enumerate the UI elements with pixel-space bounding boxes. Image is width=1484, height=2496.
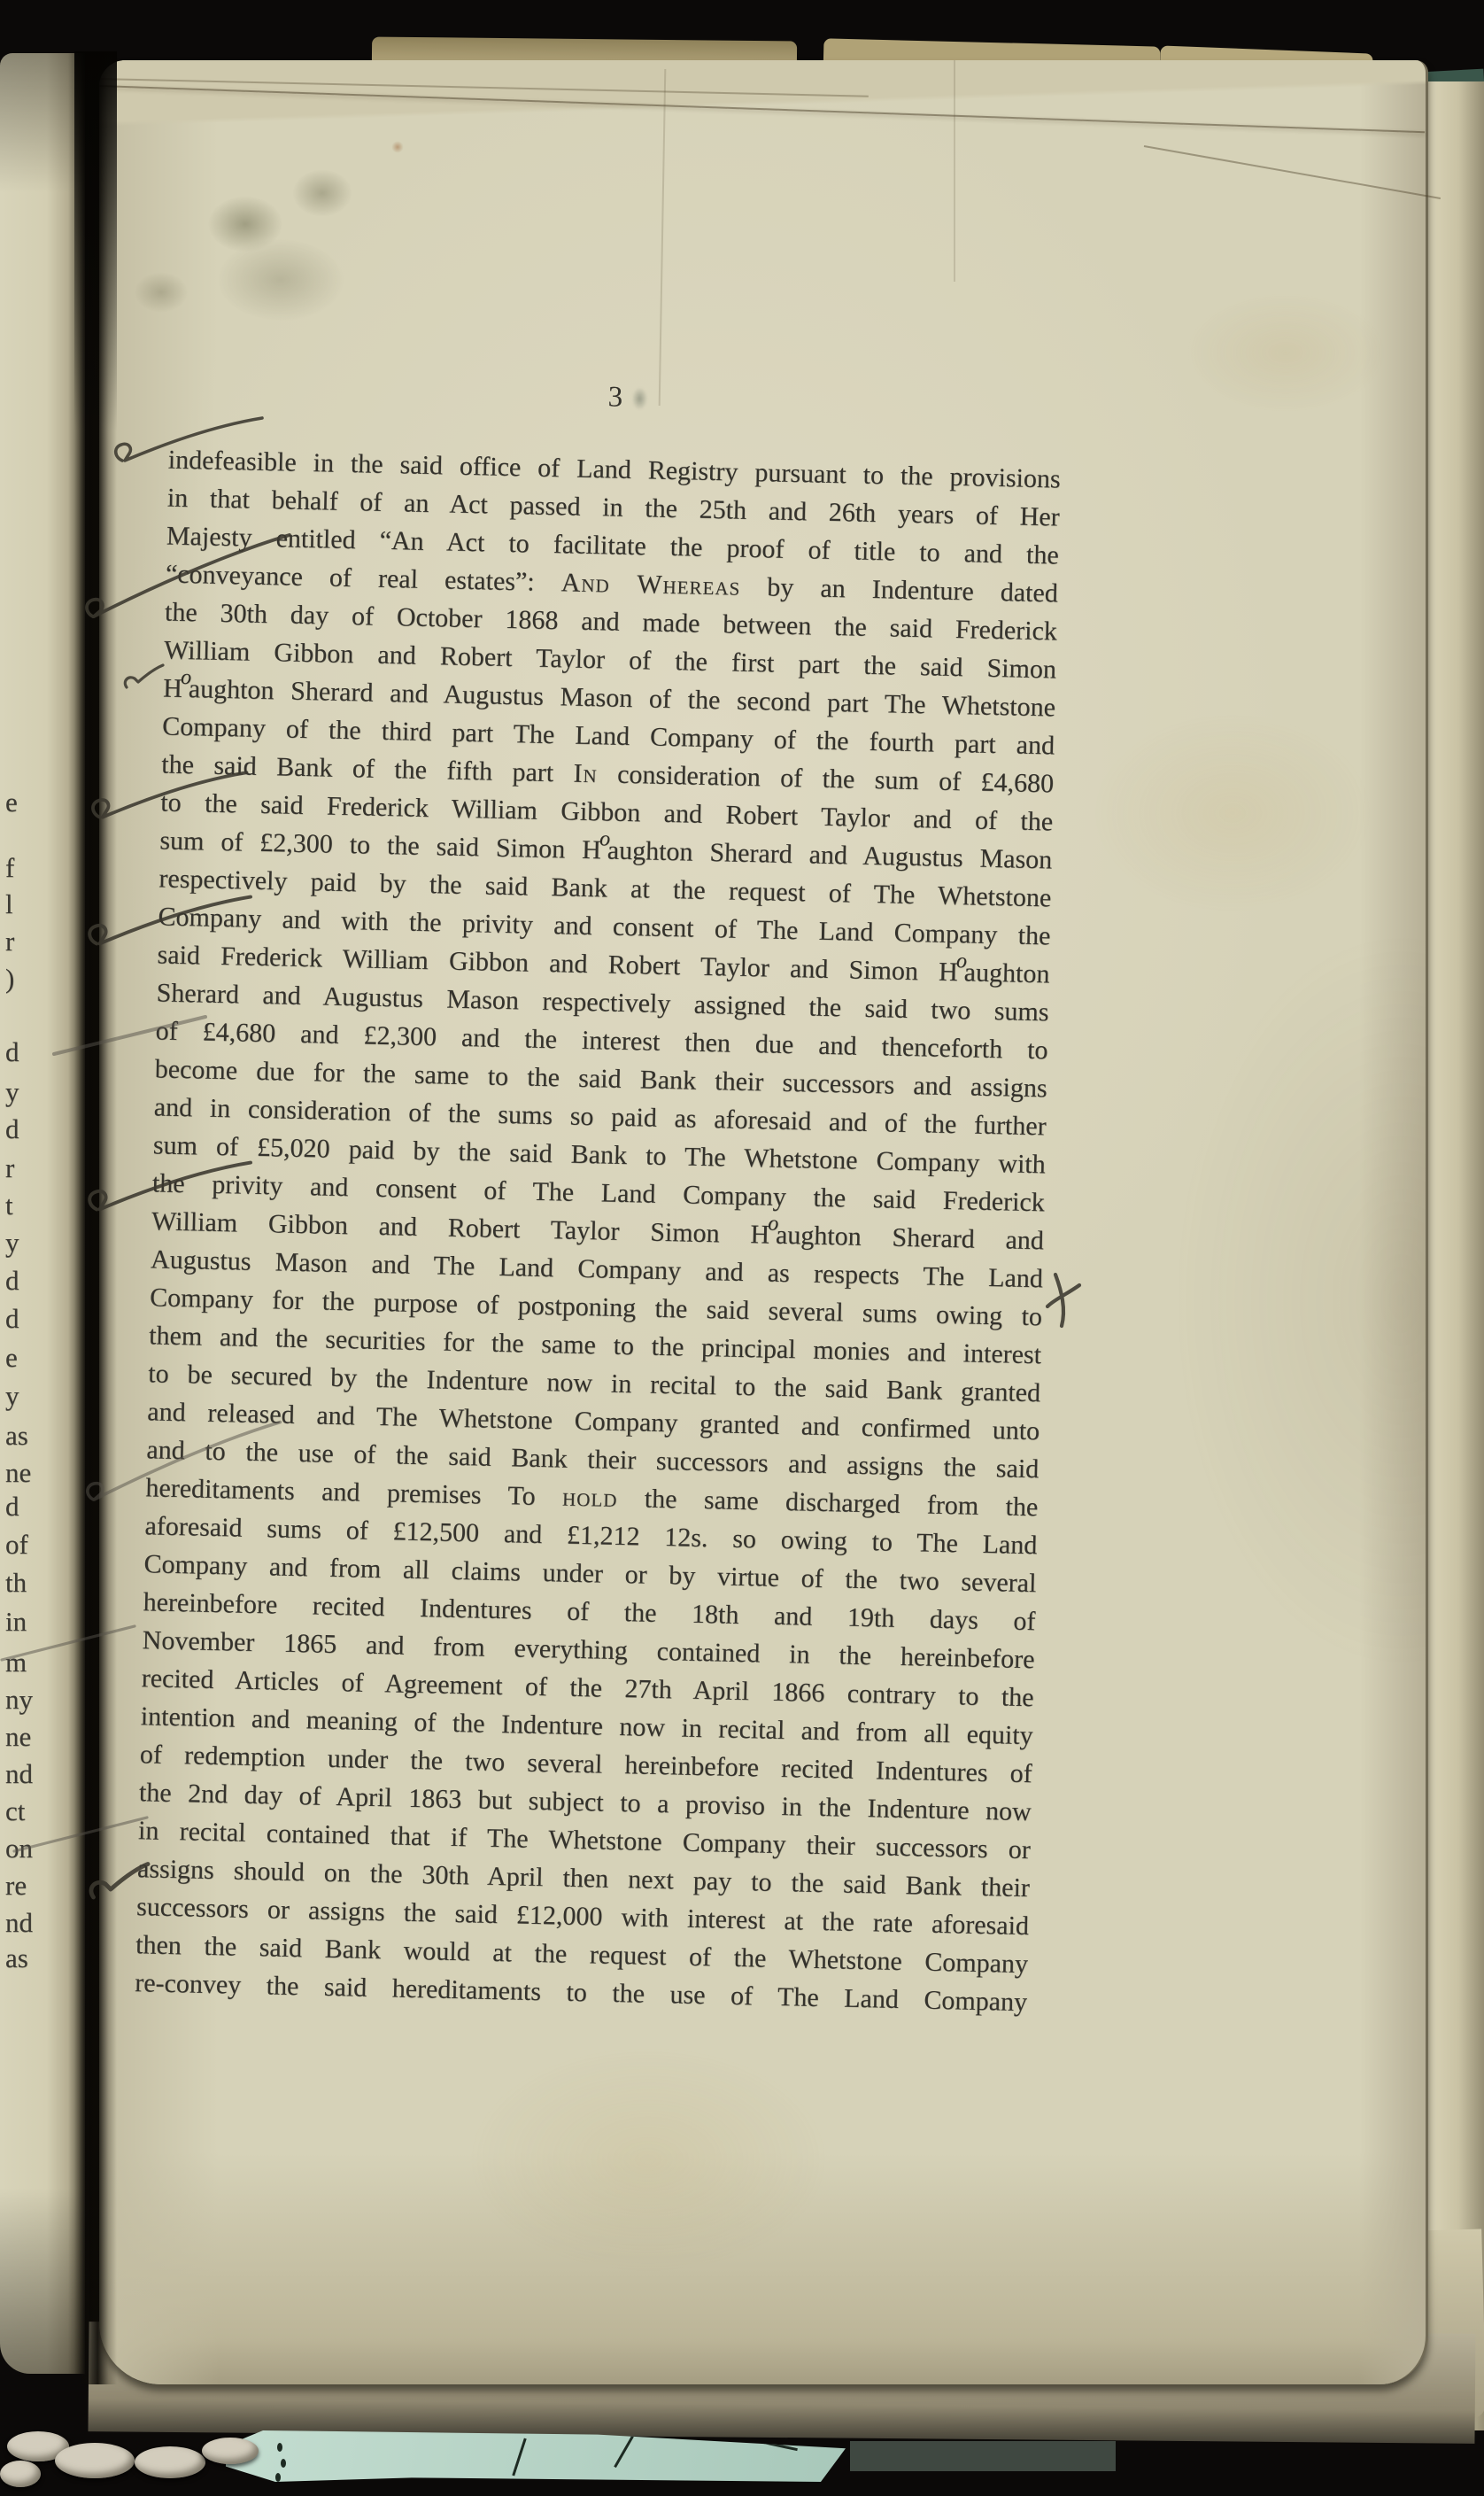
text-block: 3 indefeasible in the said office of Lan… — [135, 372, 1063, 2022]
edge-text-fragment: nd — [5, 1908, 67, 1938]
bookmark-ribbon-sliver — [226, 2430, 846, 2482]
edge-text-fragment: th — [5, 1568, 67, 1598]
edge-text-fragment: r — [5, 1153, 67, 1183]
edge-text-fragment: d — [5, 1492, 67, 1522]
edge-text-fragment: y — [5, 1381, 67, 1411]
torn-paper-fragment — [0, 2461, 41, 2487]
edge-text-fragment: nd — [5, 1759, 67, 1789]
edge-text-fragment: y — [5, 1077, 67, 1107]
page-vertical-crease — [954, 60, 955, 282]
underlying-page-edge-right — [1420, 81, 1484, 2430]
edge-text-fragment: m — [5, 1647, 67, 1678]
edge-text-fragment: d — [5, 1037, 67, 1067]
page-number: 3 — [607, 381, 623, 413]
bookmark-ribbon-sliver-faint — [850, 2441, 1116, 2471]
page-number-row: 3 — [169, 372, 1063, 430]
edge-text-fragment: e — [5, 1343, 67, 1373]
edge-text-fragment: ) — [5, 964, 67, 994]
edge-text-fragment: in — [5, 1607, 67, 1637]
edge-text-fragment: on — [5, 1833, 67, 1864]
edge-text-fragment: d — [5, 1114, 67, 1144]
page-top-crease — [99, 85, 1425, 133]
facing-page-edge: eflr)dydrtyddeyasnedofthinmnynendctonren… — [0, 53, 85, 2374]
edge-text-fragment: y — [5, 1228, 67, 1258]
edge-text-fragment: r — [5, 926, 67, 957]
torn-paper-fragment — [202, 2438, 259, 2464]
edge-text-fragment: d — [5, 1304, 67, 1334]
edge-text-fragment: of — [5, 1530, 67, 1560]
torn-paper-fragment — [55, 2443, 135, 2478]
page-top-crease — [99, 78, 869, 97]
edge-text-fragment: l — [5, 889, 67, 919]
edge-text-fragment: as — [5, 1421, 67, 1451]
edge-text-fragment: ne — [5, 1458, 67, 1488]
page-corner-crease — [1144, 145, 1441, 199]
edge-text-fragment: ne — [5, 1722, 67, 1752]
edge-text-fragment: d — [5, 1266, 67, 1296]
edge-text-fragment: as — [5, 1943, 67, 1973]
edge-text-fragment: t — [5, 1190, 67, 1221]
deed-recital-text: indefeasible in the said office of Land … — [135, 441, 1061, 2022]
edge-text-fragment: ct — [5, 1796, 67, 1826]
torn-paper-fragment — [135, 2446, 205, 2478]
document-page: 3 indefeasible in the said office of Lan… — [99, 60, 1428, 2384]
edge-text-fragment: e — [5, 787, 67, 818]
book-scan-photograph: { "palette": { "bg_black": "#0b0908", "p… — [0, 0, 1484, 2496]
handwritten-o-annotation: o — [181, 669, 192, 697]
edge-text-fragment: ny — [5, 1685, 67, 1715]
page-vertical-crease — [659, 69, 667, 406]
edge-text-fragment: re — [5, 1871, 67, 1901]
edge-text-fragment: f — [5, 853, 67, 883]
page-number-ghost-mark — [631, 387, 648, 410]
